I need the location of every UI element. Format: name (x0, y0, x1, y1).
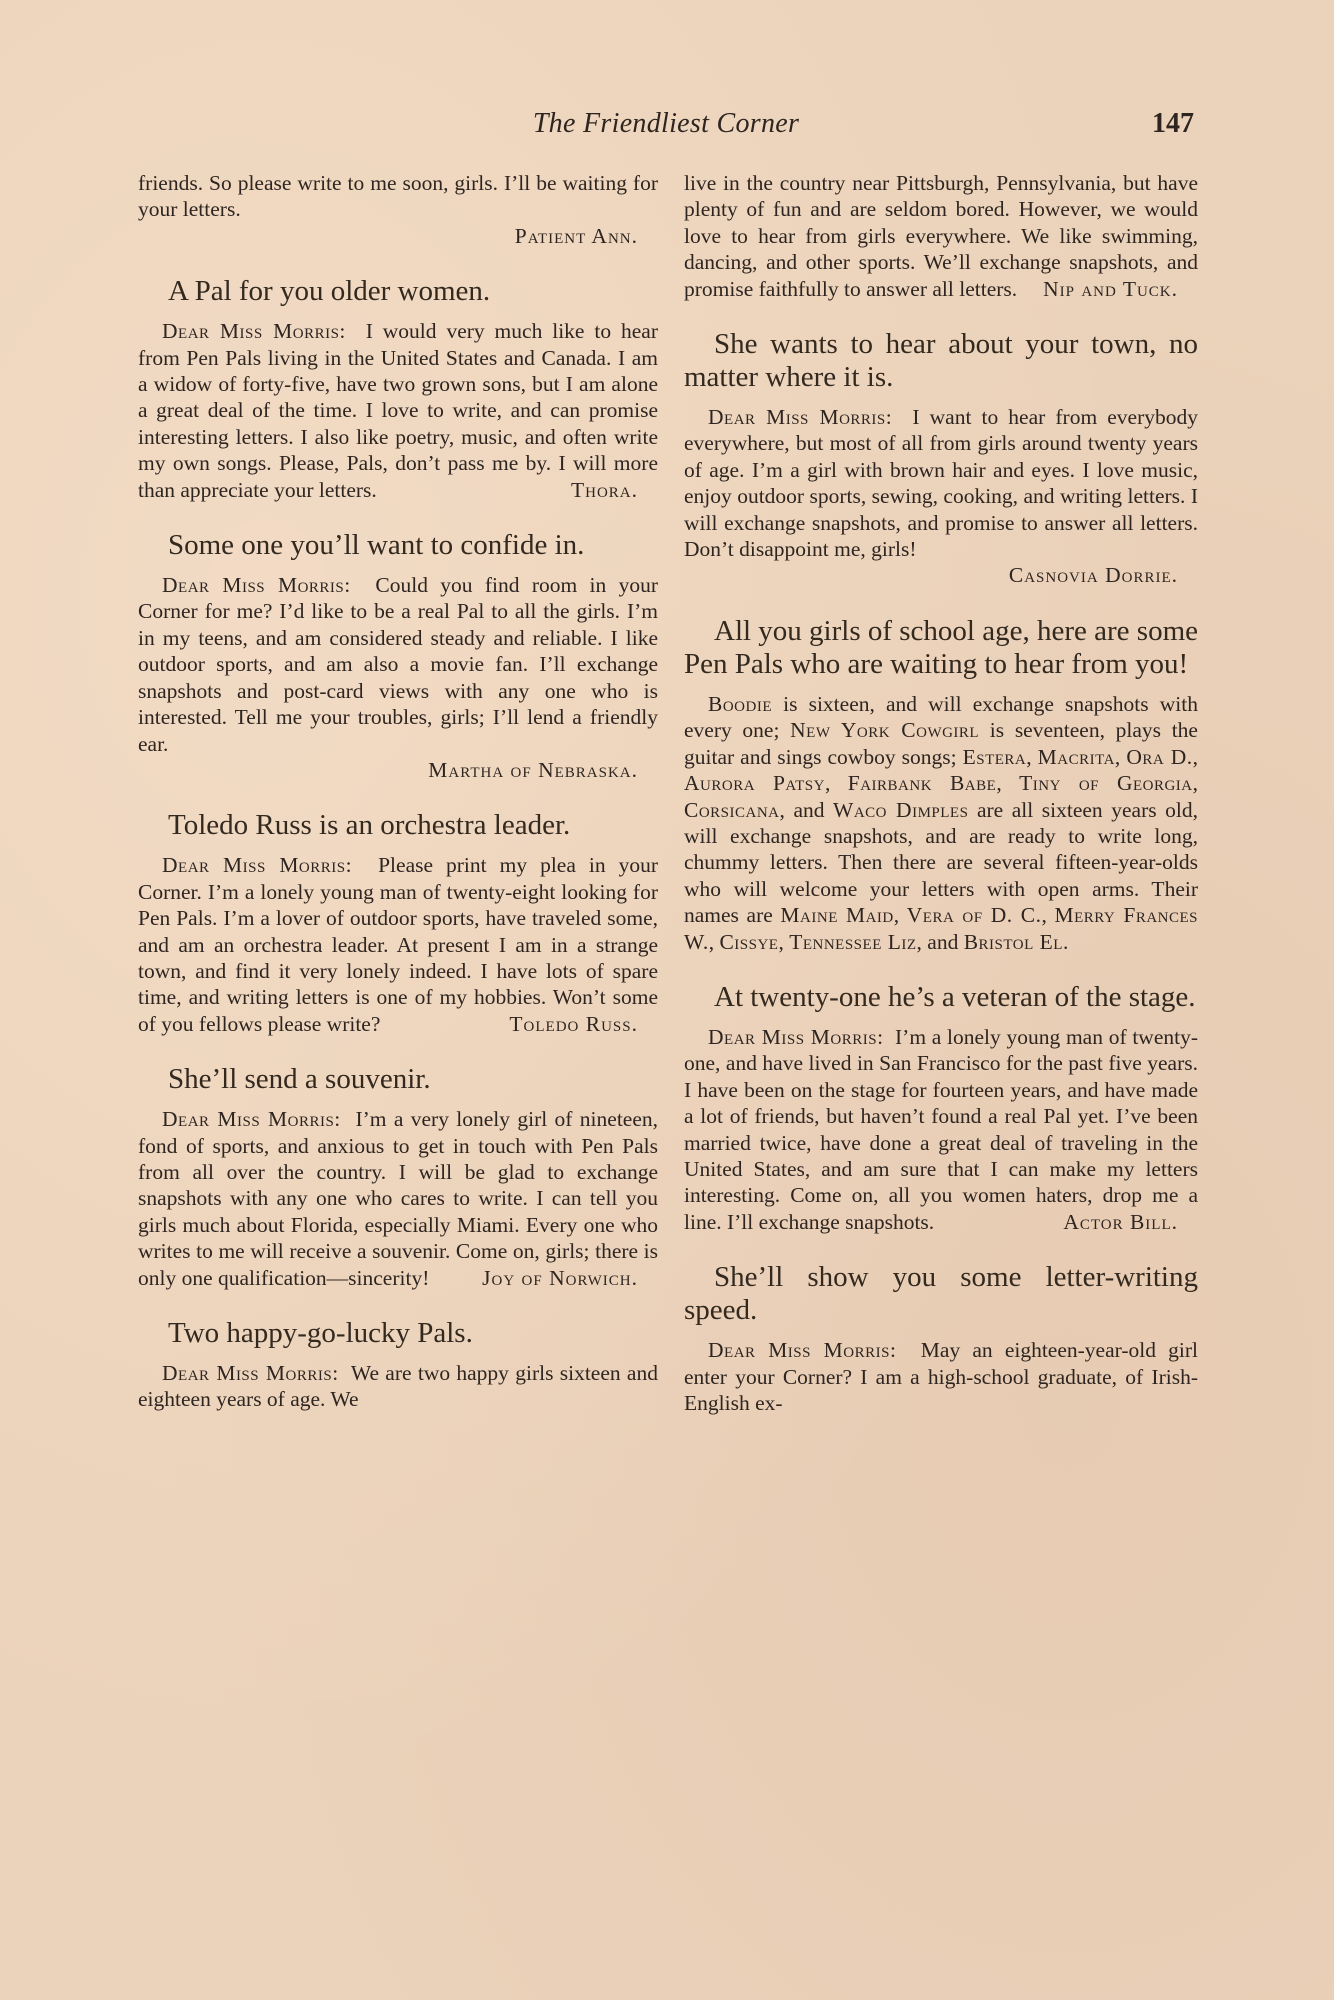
letter-heading: Toledo Russ is an orchestra leader. (138, 809, 658, 842)
signature: Toledo Russ. (485, 1011, 658, 1037)
letter: A Pal for you older women. Dear Miss Mor… (138, 275, 658, 503)
letter: Toledo Russ is an orchestra leader. Dear… (138, 809, 658, 1037)
letter-heading: At twenty-one he’s a veteran of the stag… (684, 981, 1198, 1014)
salutation: Dear Miss Morris: (162, 1361, 339, 1385)
signature: Nip and Tuck. (1043, 276, 1198, 302)
page-title: The Friendliest Corner (138, 108, 1194, 140)
letter: Some one you’ll want to confide in. Dear… (138, 529, 658, 783)
right-column: live in the country near Pittsburgh, Pen… (684, 170, 1198, 1416)
salutation: Dear Miss Morris: (162, 853, 352, 877)
salutation: Dear Miss Morris: (708, 405, 892, 429)
signature: Casnovia Dorrie. (684, 562, 1198, 588)
pen-pal-name: Bristol El (964, 930, 1063, 954)
running-head: The Friendliest Corner 147 (138, 108, 1194, 148)
pen-pals-list: Boodie is sixteen, and will exchange sna… (684, 691, 1198, 955)
pen-pal-name: Waco Dimples (833, 798, 968, 822)
letter-heading: All you girls of school age, here are so… (684, 615, 1198, 681)
signature: Actor Bill. (1039, 1209, 1198, 1235)
salutation: Dear Miss Morris: (162, 1107, 341, 1131)
salutation: Dear Miss Morris: (162, 319, 346, 343)
letter-body: Dear Miss Morris: I’m a lonely young man… (684, 1024, 1198, 1235)
letter-body: Dear Miss Morris: I want to hear from ev… (684, 404, 1198, 562)
letter-body: Dear Miss Morris: Please print my plea i… (138, 852, 658, 1037)
pen-pal-name: Boodie (708, 692, 772, 716)
letter-body: Dear Miss Morris: We are two happy girls… (138, 1360, 658, 1413)
pen-pal-name: Aurora Patsy (684, 771, 825, 795)
pen-pal-name: Corsicana (684, 798, 780, 822)
letter-heading: She’ll send a souvenir. (138, 1063, 658, 1096)
pen-pal-name: New York Cowgirl (790, 718, 979, 742)
letter-heading: She’ll show you some letter-writing spee… (684, 1261, 1198, 1327)
letter: She’ll send a souvenir. Dear Miss Morris… (138, 1063, 658, 1291)
signature: Thora. (547, 477, 658, 503)
letter-body: Dear Miss Morris: May an eighteen-year-o… (684, 1337, 1198, 1416)
salutation: Dear Miss Morris: (162, 573, 351, 597)
pen-pal-name: Fairbank Babe (848, 771, 997, 795)
pen-pal-name: Estera (963, 745, 1027, 769)
letter-body: Dear Miss Morris: Could you find room in… (138, 572, 658, 757)
letter-heading: Some one you’ll want to confide in. (138, 529, 658, 562)
signature: Joy of Norwich. (458, 1265, 658, 1291)
letter: All you girls of school age, here are so… (684, 615, 1198, 955)
letter: At twenty-one he’s a veteran of the stag… (684, 981, 1198, 1235)
pen-pal-name: Cissye (719, 930, 778, 954)
left-column: friends. So please write to me soon, gir… (138, 170, 658, 1413)
letter-heading: A Pal for you older women. (138, 275, 658, 308)
pen-pal-name: Vera of D. C. (907, 903, 1042, 927)
letter-heading: Two happy-go-lucky Pals. (138, 1317, 658, 1350)
letter-body: Dear Miss Morris: I’m a very lonely girl… (138, 1106, 658, 1291)
page-number: 147 (1152, 108, 1194, 140)
salutation: Dear Miss Morris: (708, 1025, 884, 1049)
signature: Patient Ann. (138, 223, 658, 249)
letter-heading: She wants to hear about your town, no ma… (684, 328, 1198, 394)
pen-pal-name: Maine Maid (780, 903, 893, 927)
letter: Two happy-go-lucky Pals. Dear Miss Morri… (138, 1317, 658, 1413)
letter: She wants to hear about your town, no ma… (684, 328, 1198, 589)
pen-pal-name: Tiny of Georgia (1019, 771, 1193, 795)
salutation: Dear Miss Morris: (708, 1338, 896, 1362)
letter-body: Dear Miss Morris: I would very much like… (138, 318, 658, 503)
continuation-text: friends. So please write to me soon, gir… (138, 170, 658, 223)
letter: She’ll show you some letter-writing spee… (684, 1261, 1198, 1416)
pen-pal-name: Tennessee Liz (789, 930, 916, 954)
pen-pal-name: Macrita (1038, 745, 1115, 769)
continuation-text: live in the country near Pittsburgh, Pen… (684, 170, 1198, 302)
pen-pal-name: Ora D. (1126, 745, 1192, 769)
signature: Martha of Nebraska. (138, 757, 658, 783)
